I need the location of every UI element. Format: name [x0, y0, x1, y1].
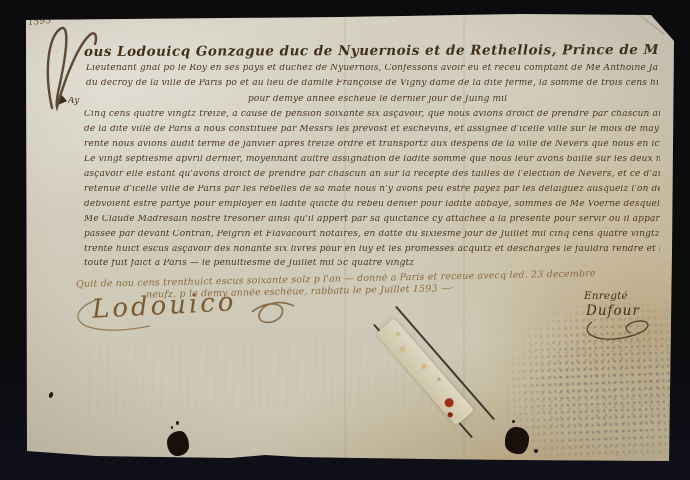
- corner-scratch: [623, 2, 665, 35]
- manuscript-sheet: 1593 ous Lodouicq Gonzague duc de Nyuern…: [0, 0, 690, 480]
- scan-background: 1593 ous Lodouicq Gonzague duc de Nyuern…: [0, 0, 690, 480]
- manuscript-line: Cinq cens quatre vingtz treize, a cause …: [84, 110, 660, 120]
- manuscript-line: Me Claude Madresain nostre trésorier ain…: [84, 215, 660, 225]
- wax-seal-left: [167, 431, 189, 456]
- manuscript-line: de la dite ville de Paris a nous constit…: [84, 125, 660, 135]
- manuscript-line: Lieutenant gñal po le Roy en ses pays et…: [86, 64, 658, 74]
- manuscript-line: rente nous avions audit terme de janvier…: [84, 140, 660, 150]
- opening-line-text: ous Lodouicq Gonzague duc de Nyuernois e…: [84, 43, 658, 60]
- seal-speck: [534, 449, 538, 453]
- seal-speck: [512, 420, 515, 423]
- manuscript-line: debvoient estre partye pour employer en …: [84, 200, 660, 210]
- registration-word: Enregté: [584, 291, 628, 303]
- manuscript-line-indented: pour demye année eschéue le dernier jour…: [248, 95, 560, 105]
- opening-line: ous Lodouicq Gonzague duc de Nyuernois e…: [84, 43, 658, 60]
- margin-mark: Ay: [68, 97, 80, 107]
- signature-paraph: [252, 303, 294, 323]
- manuscript-line: toute fuit faict a Paris — le pénultiesm…: [84, 259, 484, 269]
- manuscript-line: passée par devant Contran, Pelgrin et Fl…: [84, 230, 660, 240]
- manuscript-line: retenue d'icelle ville de Paris par les …: [84, 185, 660, 195]
- manuscript-line: trente huict escus asçavoir des nonante …: [84, 245, 660, 255]
- registration-name: Dufour: [586, 304, 640, 319]
- manuscript-line: asçavoir elle estant qu'avons droict de …: [84, 170, 660, 180]
- signature: Lodouico: [91, 288, 237, 324]
- year-annotation: 1593: [28, 17, 52, 29]
- margin-wedge-mark: [59, 95, 69, 107]
- paper-speck: [48, 391, 54, 398]
- manuscript-line: Le vingt septiesme apvril dernier, moyen…: [84, 155, 660, 165]
- seal-speck: [176, 421, 179, 425]
- seal-speck: [171, 426, 173, 429]
- wax-seal-right: [505, 427, 529, 454]
- manuscript-line: du decroy de la ville de Paris po et au …: [86, 79, 658, 89]
